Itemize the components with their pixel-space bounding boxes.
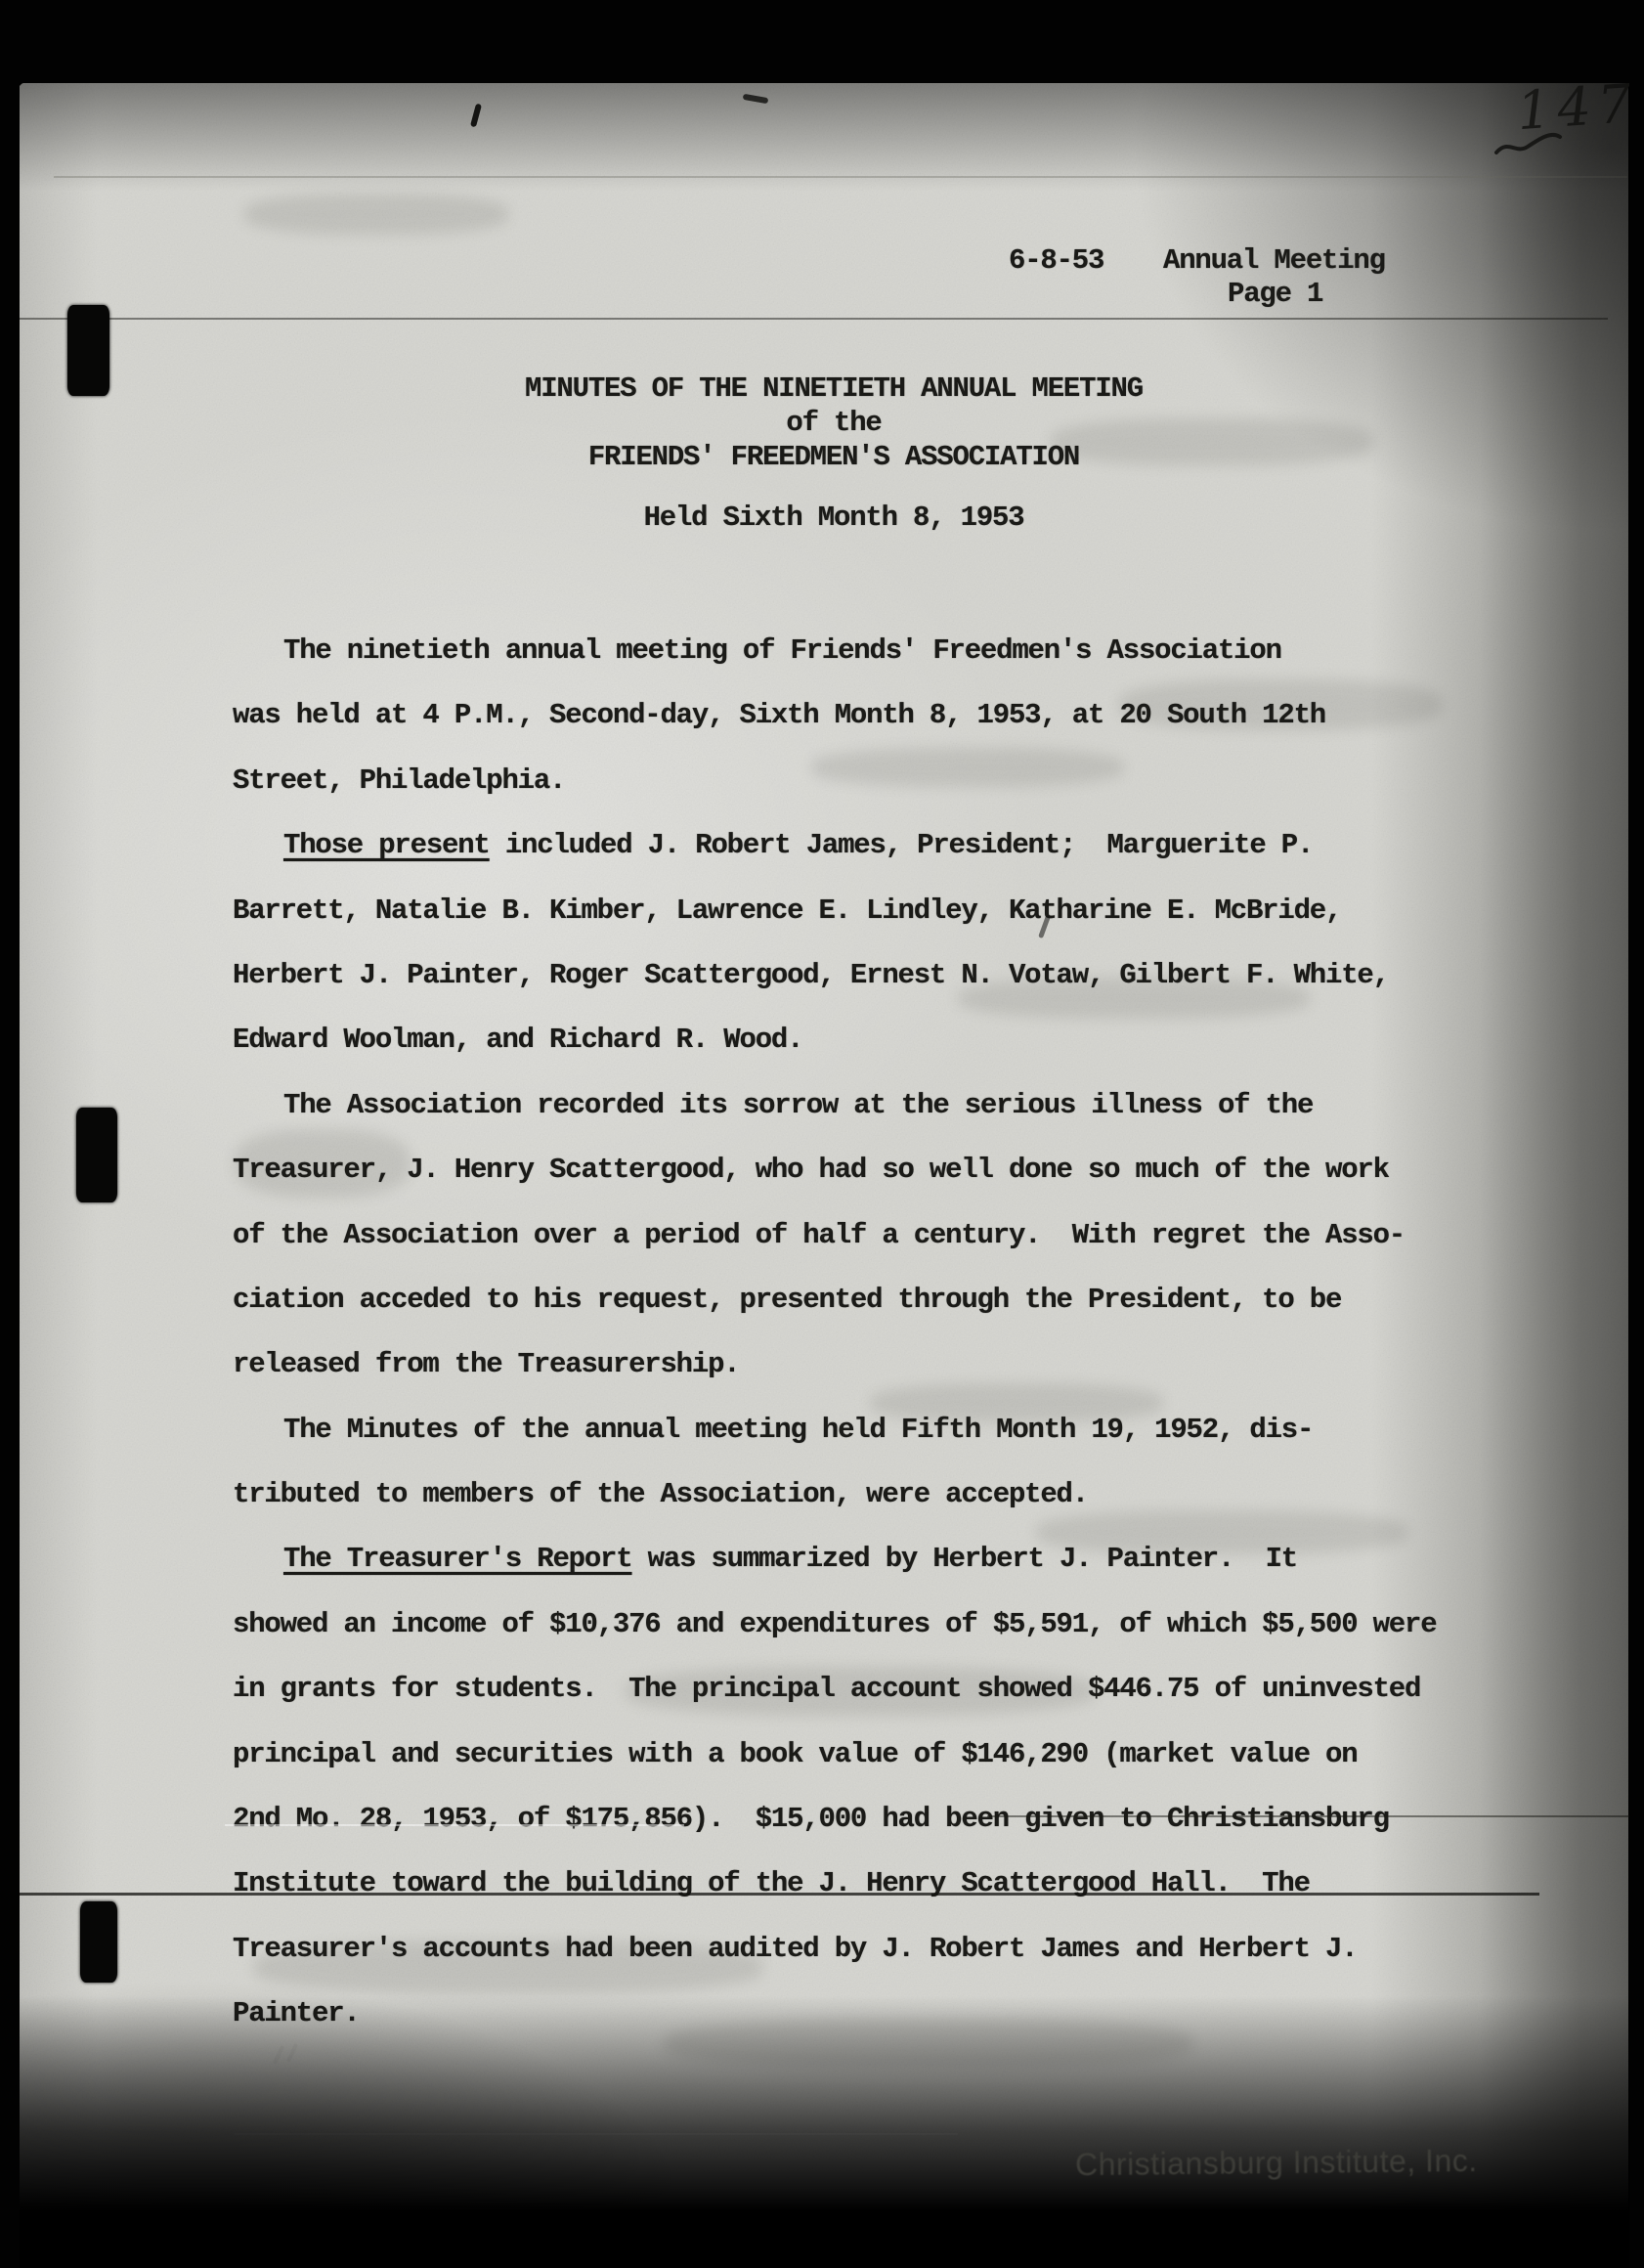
text-line: showed an income of $10,376 and expendit… bbox=[233, 1609, 1503, 1674]
title-date-line: Held Sixth Month 8, 1953 bbox=[247, 502, 1420, 534]
text-line: The Treasurer's Report was summarized by… bbox=[233, 1544, 1503, 1608]
text-line: The ninetieth annual meeting of Friends'… bbox=[233, 635, 1503, 700]
microfilm-scan-page: 147 6-8-53 Annual Meeting Page 1 MINUTES… bbox=[0, 0, 1644, 2268]
text-line: The Association recorded its sorrow at t… bbox=[233, 1090, 1503, 1155]
underlined-phrase: The Treasurer's Report bbox=[283, 1543, 631, 1575]
text-line: in grants for students. The principal ac… bbox=[233, 1674, 1503, 1738]
title-line-1: MINUTES OF THE NINETIETH ANNUAL MEETING bbox=[247, 371, 1420, 406]
title-block: MINUTES OF THE NINETIETH ANNUAL MEETING … bbox=[247, 371, 1420, 534]
text-line: The Minutes of the annual meeting held F… bbox=[233, 1415, 1503, 1479]
text-line: Treasurer's accounts had been audited by… bbox=[233, 1934, 1503, 1998]
text-line: Those present included J. Robert James, … bbox=[233, 830, 1503, 894]
text-line: Edward Woolman, and Richard R. Wood. bbox=[233, 1025, 1503, 1089]
text-line: tributed to members of the Association, … bbox=[233, 1479, 1503, 1544]
title-line-2: of the bbox=[247, 406, 1420, 440]
text-line: released from the Treasurership. bbox=[233, 1349, 1503, 1414]
film-edge-left bbox=[0, 0, 20, 2268]
binder-hole-mark bbox=[76, 1108, 117, 1202]
text-line: Painter. bbox=[233, 1998, 1503, 2063]
title-line-3: FRIENDS' FREEDMEN'S ASSOCIATION bbox=[247, 440, 1420, 474]
header-meeting-label: Annual Meeting bbox=[1163, 244, 1385, 277]
binder-hole-mark bbox=[80, 1901, 117, 1983]
text-line: Barrett, Natalie B. Kimber, Lawrence E. … bbox=[233, 895, 1503, 960]
text-line: principal and securities with a book val… bbox=[233, 1739, 1503, 1804]
minutes-body-text: The ninetieth annual meeting of Friends'… bbox=[233, 635, 1503, 2064]
text-line: Street, Philadelphia. bbox=[233, 765, 1503, 830]
text-line: Herbert J. Painter, Roger Scattergood, E… bbox=[233, 960, 1503, 1025]
text-line: 2nd Mo. 28, 1953, of $175,856). $15,000 … bbox=[233, 1804, 1503, 1868]
header-page-number: Page 1 bbox=[1228, 278, 1322, 310]
text-line: Treasurer, J. Henry Scattergood, who had… bbox=[233, 1155, 1503, 1219]
text-line: ciation acceded to his request, presente… bbox=[233, 1285, 1503, 1349]
archive-watermark: Christiansburg Institute, Inc. bbox=[1075, 2143, 1478, 2183]
text-line: was held at 4 P.M., Second-day, Sixth Mo… bbox=[233, 700, 1503, 764]
text-line: Institute toward the building of the J. … bbox=[233, 1868, 1503, 1933]
bleed-through-smudge bbox=[244, 194, 508, 235]
header-date: 6-8-53 bbox=[1009, 244, 1103, 277]
binder-hole-mark bbox=[67, 305, 109, 396]
underlined-phrase: Those present bbox=[283, 829, 490, 861]
text-line: of the Association over a period of half… bbox=[233, 1220, 1503, 1285]
film-edge-right bbox=[1629, 0, 1644, 2268]
film-edge-top bbox=[0, 0, 1644, 83]
handwritten-underline-squiggle bbox=[1493, 127, 1566, 160]
